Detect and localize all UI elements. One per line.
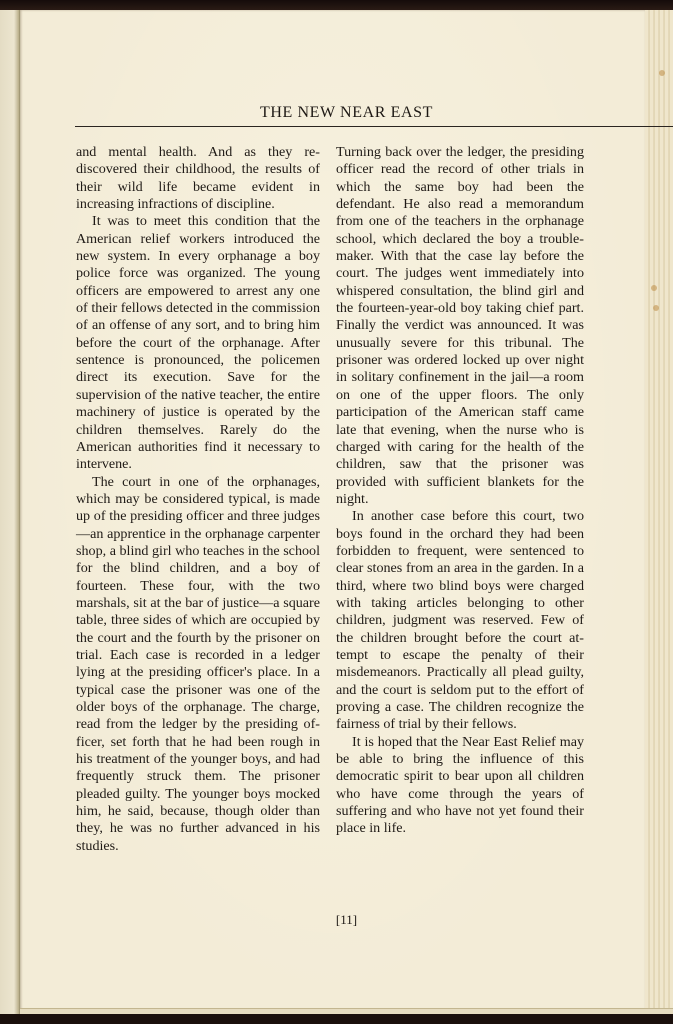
text-column-left: and mental health. And as they re­discov…: [76, 144, 320, 855]
left-page-gutter: [0, 10, 20, 1014]
paragraph: It is hoped that the Near East Re­lief m…: [336, 734, 584, 838]
foxing-spot: [651, 285, 657, 291]
book-top-edge: [0, 0, 673, 10]
book-bottom-edge: [0, 1014, 673, 1024]
foxing-spot: [653, 305, 659, 311]
running-head: THE NEW NEAR EAST: [20, 104, 673, 122]
paragraph: Turning back over the ledger, the presid…: [336, 144, 584, 508]
text-column-right: Turning back over the ledger, the presid…: [336, 144, 584, 838]
paragraph: and mental health. And as they re­discov…: [76, 144, 320, 213]
page-number: [11]: [20, 912, 673, 928]
header-rule: [75, 126, 673, 127]
foxing-spot: [659, 70, 665, 76]
paragraph: It was to meet this condition that the A…: [76, 213, 320, 473]
paragraph: The court in one of the orphanages, whic…: [76, 474, 320, 856]
paragraph: In another case before this court, two b…: [336, 508, 584, 733]
book-page: THE NEW NEAR EAST and mental health. And…: [20, 10, 645, 1010]
page-stack-edges: [645, 10, 673, 1014]
